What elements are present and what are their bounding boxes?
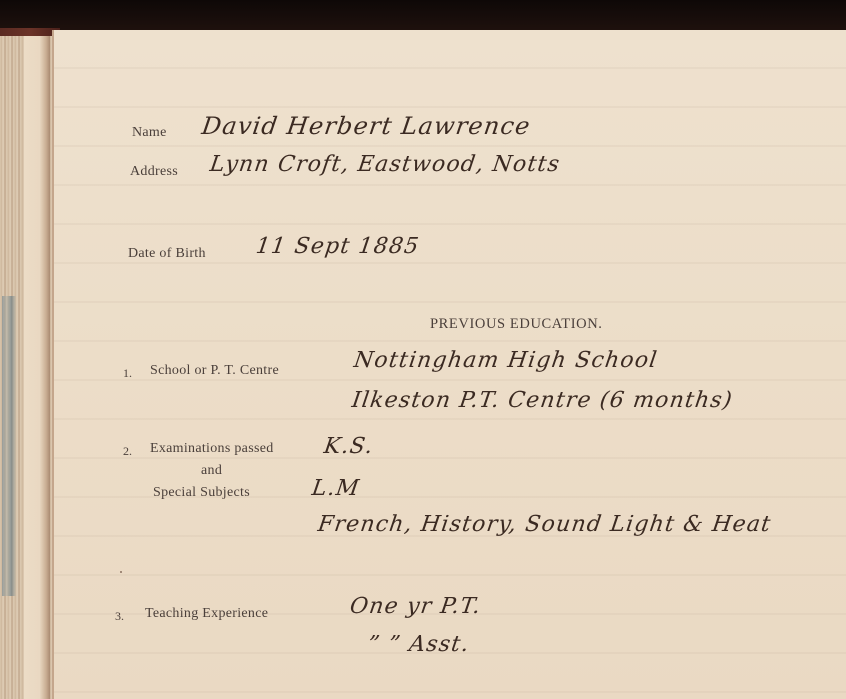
address-value: Lynn Croft, Eastwood, Notts bbox=[208, 152, 562, 177]
section-heading: PREVIOUS EDUCATION. bbox=[430, 316, 603, 333]
teaching-experience-value: One yr P.T. bbox=[348, 594, 483, 619]
item-number: 2. bbox=[123, 444, 132, 459]
name-label: Name bbox=[132, 125, 167, 141]
page-edge bbox=[24, 36, 50, 699]
examinations-label: Examinations passed bbox=[150, 441, 274, 457]
register-page: Name David Herbert Lawrence Address Lynn… bbox=[52, 30, 846, 699]
address-label: Address bbox=[130, 164, 178, 180]
page-stack bbox=[0, 36, 52, 699]
teaching-experience-value: ” ” Asst. bbox=[366, 632, 471, 657]
background-shadow bbox=[0, 0, 846, 34]
school-value: Nottingham High School bbox=[352, 348, 659, 373]
item-number: 3. bbox=[115, 609, 124, 624]
page-edge-tint bbox=[2, 296, 16, 596]
examinations-value: L.M bbox=[310, 476, 361, 501]
date-of-birth-label: Date of Birth bbox=[128, 246, 206, 262]
special-subjects-label: Special Subjects bbox=[153, 485, 250, 501]
special-subjects-value: French, History, Sound Light & Heat bbox=[316, 512, 773, 537]
school-value: Ilkeston P.T. Centre (6 months) bbox=[350, 388, 734, 413]
date-of-birth-value: 11 Sept 1885 bbox=[254, 234, 421, 259]
examinations-label: and bbox=[201, 463, 222, 479]
item-number: 1. bbox=[123, 366, 132, 381]
teaching-experience-label: Teaching Experience bbox=[145, 606, 268, 622]
school-label: School or P. T. Centre bbox=[150, 363, 279, 379]
name-value: David Herbert Lawrence bbox=[200, 112, 533, 140]
examinations-value: K.S. bbox=[322, 434, 375, 459]
ink-speck bbox=[120, 571, 122, 573]
